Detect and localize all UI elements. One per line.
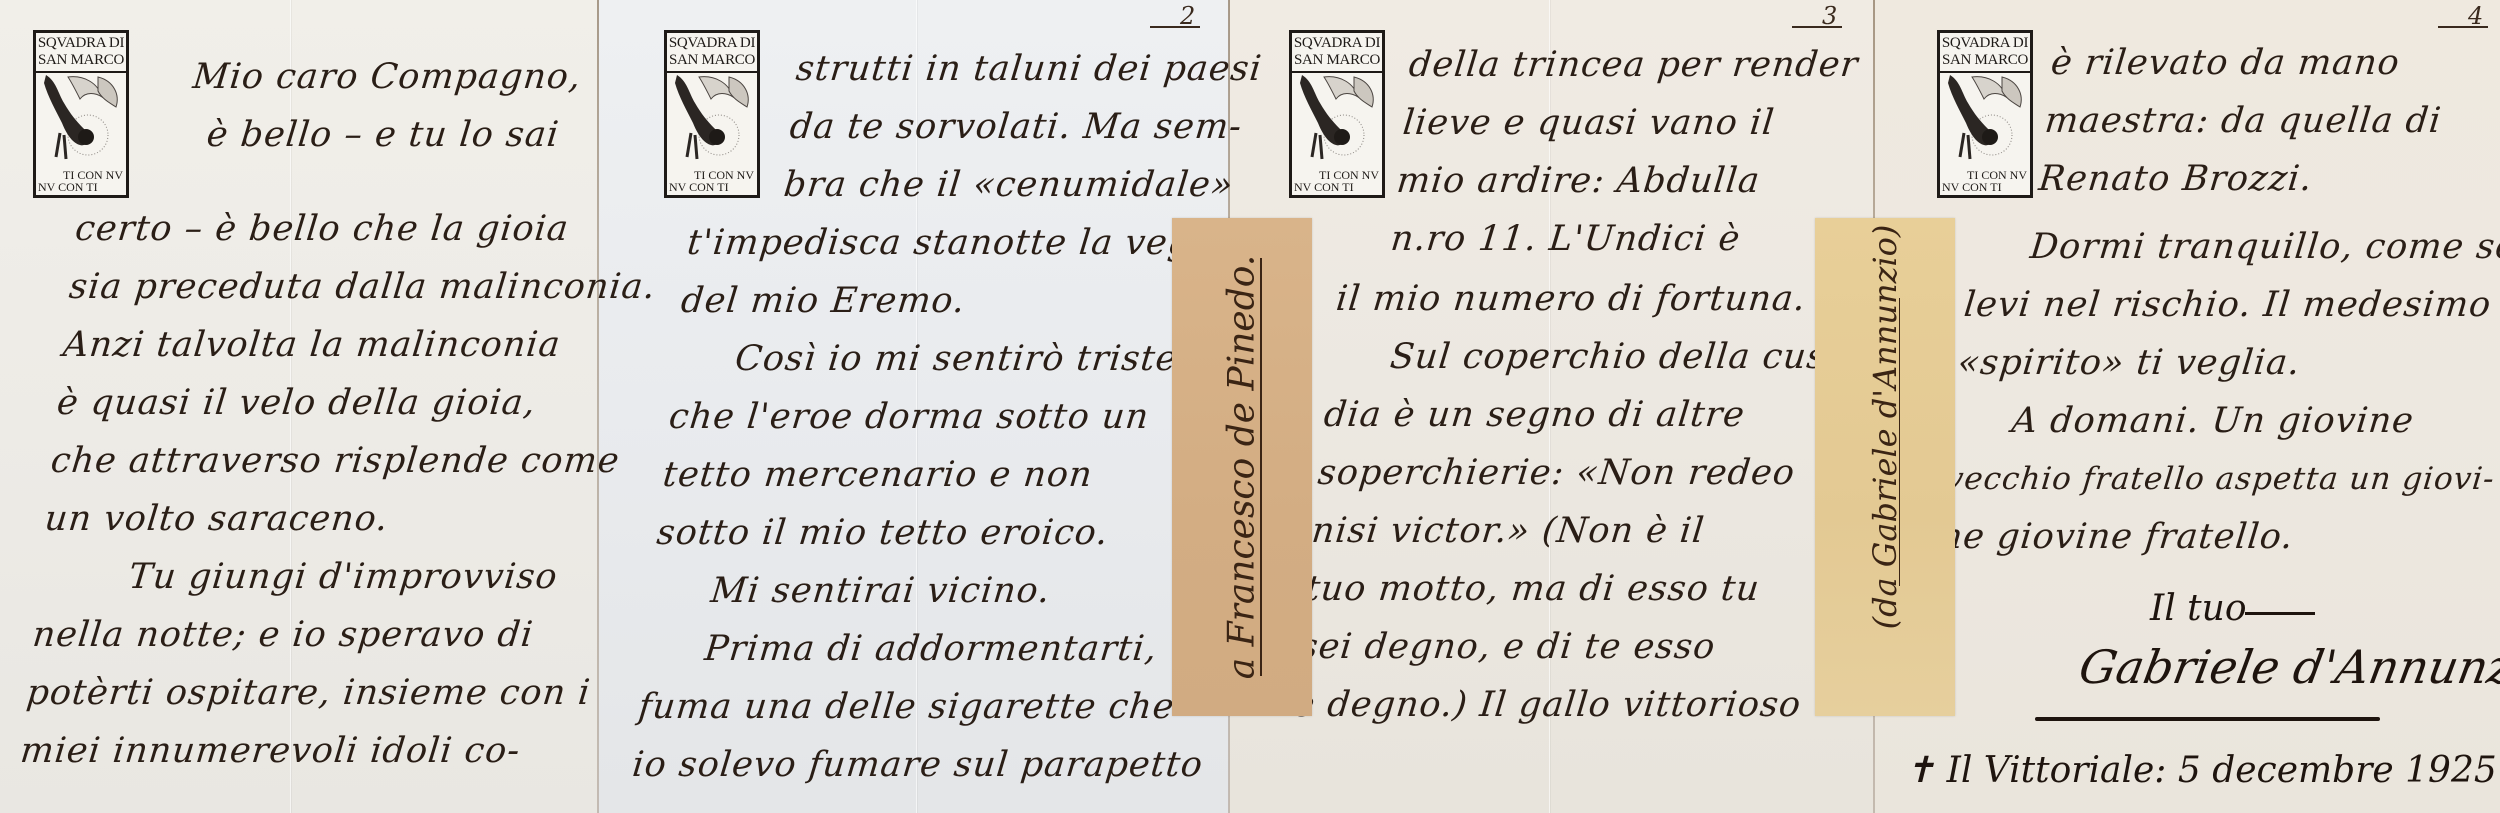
text-line: levi nel rischio. Il medesimo — [1961, 276, 2500, 334]
text-line: che l'eroe dorma sotto un — [666, 388, 1243, 446]
text-line: è degno.) Il gallo vittorioso — [1291, 676, 1843, 734]
text-line: sei degno, e di te esso — [1297, 618, 1849, 676]
text-line: potèrti ospitare, insieme con i — [24, 664, 616, 722]
text-line: è quasi il velo della gioia, — [54, 374, 646, 432]
text-line: dia è un segno di altre — [1321, 386, 1873, 444]
letterhead-motto: TI CON NV NV CON TI — [667, 169, 757, 193]
text-line: sia preceduta dalla malinconia. — [66, 258, 658, 316]
text-line: del mio Eremo. — [678, 272, 1255, 330]
dedication-slip-sender: (da Gabriele d'Annunzio) — [1815, 218, 1955, 716]
letterhead-title-line: SQVADRA DI — [1292, 35, 1382, 52]
text-line: maestra: da quella di — [2042, 92, 2444, 150]
text-line: Dormi tranquillo, come so- — [1967, 218, 2500, 276]
letterhead-motto: TI CON NV NV CON TI — [1292, 169, 1382, 193]
motto-line: NV CON TI — [1292, 181, 1379, 193]
woodcut-figure-icon — [36, 73, 126, 161]
text-line: tuo motto, ma di esso tu — [1303, 560, 1855, 618]
text-line: Prima di addormentarti, — [642, 620, 1219, 678]
text-line: Così io mi sentirò triste — [672, 330, 1249, 388]
letterhead-motto: TI CON NV NV CON TI — [36, 169, 126, 193]
text-line: tetto mercenario e non — [660, 446, 1237, 504]
handwritten-text-sheet-4: è rilevato da mano maestra: da quella di… — [2036, 34, 2451, 208]
text-line: mio ardire: Abdulla — [1394, 152, 1849, 210]
handwritten-text-sheet-1-body: certo – è bello che la gioia sia precedu… — [18, 200, 665, 780]
signature: Gabriele d'Annunzio — [2075, 640, 2500, 694]
letterhead-title-line: SAN MARCO — [36, 52, 126, 69]
letterhead-motto: TI CON NV NV CON TI — [1940, 169, 2030, 193]
text-line: nella notte; e io speravo di — [30, 606, 622, 664]
letterhead-title: SQVADRA DI SAN MARCO — [1940, 33, 2030, 73]
closing-flourish — [2245, 612, 2315, 615]
text-line: sotto il mio tetto eroico. — [654, 504, 1231, 562]
text-line: miei innumerevoli idoli co- — [18, 722, 610, 780]
motto-line: NV CON TI — [1940, 181, 2027, 193]
text-line: certo – è bello che la gioia — [72, 200, 664, 258]
letterhead-title-line: SQVADRA DI — [36, 35, 126, 52]
text-line: ne giovine fratello. — [1937, 508, 2500, 566]
text-line: Renato Brozzi. — [2036, 150, 2438, 208]
text-line: Mio caro Compagno, — [190, 48, 584, 106]
page-number: 4 — [2468, 2, 2483, 30]
letterhead-title-line: SAN MARCO — [1292, 52, 1382, 69]
text-line: soperchierie: «Non redeo — [1315, 444, 1867, 502]
letterhead-sheet-4: SQVADRA DI SAN MARCO TI CON NV NV CON TI — [1937, 30, 2033, 198]
letterhead-title-line: SQVADRA DI — [667, 35, 757, 52]
slip-text: (da Gabriele d'Annunzio) — [1866, 225, 1904, 630]
woodcut-figure-icon — [667, 73, 757, 161]
text-line: è bello – e tu lo sai — [184, 106, 578, 164]
text-line: vecchio fratello aspetta un giovi- — [1943, 450, 2500, 508]
text-line: io solevo fumare sul parapetto — [630, 736, 1207, 794]
text-line: A domani. Un giovine — [1949, 392, 2500, 450]
text-line: il mio numero di fortuna. — [1333, 270, 1885, 328]
text-line: lieve e quasi vano il — [1400, 94, 1855, 152]
handwritten-text-sheet-4-body: Dormi tranquillo, come so- levi nel risc… — [1937, 218, 2500, 566]
letterhead-sheet-1: SQVADRA DI SAN MARCO TI CON NV NV CON TI — [33, 30, 129, 198]
letterhead-title: SQVADRA DI SAN MARCO — [667, 33, 757, 73]
text-line: da te sorvolati. Ma sem- — [787, 98, 1259, 156]
text-line: della trincea per render — [1406, 36, 1861, 94]
dedication-slip-recipient: a Francesco de Pinedo. — [1172, 218, 1312, 716]
text-line: Mi sentirai vicino. — [648, 562, 1225, 620]
handwritten-text-sheet-3-body: il mio numero di fortuna. Sul coperchio … — [1291, 270, 1885, 734]
text-line: fuma una delle sigarette che — [636, 678, 1213, 736]
letterhead-sheet-2: SQVADRA DI SAN MARCO TI CON NV NV CON TI — [664, 30, 760, 198]
woodcut-figure-icon — [1940, 73, 2030, 161]
text-line: Sul coperchio della custo- — [1327, 328, 1879, 386]
motto-line: NV CON TI — [36, 181, 123, 193]
text-line: un volto saraceno. — [42, 490, 634, 548]
handwritten-text-sheet-2-body: t'impedisca stanotte la veglia del mio E… — [630, 214, 1261, 794]
letterhead-title: SQVADRA DI SAN MARCO — [36, 33, 126, 73]
signature-underline — [2035, 717, 2380, 721]
text-line: nisi victor.» (Non è il — [1309, 502, 1861, 560]
text-line: Anzi talvolta la malinconia — [60, 316, 652, 374]
text-line: n.ro 11. L'Undici è — [1388, 210, 1843, 268]
text-line: che attraverso risplende come — [48, 432, 640, 490]
page-number: 3 — [1822, 2, 1837, 30]
closing: Il tuo — [2150, 588, 2247, 629]
letterhead-title: SQVADRA DI SAN MARCO — [1292, 33, 1382, 73]
text-line: «spirito» ti veglia. — [1955, 334, 2500, 392]
handwritten-text-sheet-3: della trincea per render lieve e quasi v… — [1388, 36, 1862, 268]
handwritten-text-sheet-1: Mio caro Compagno, è bello – e tu lo sai — [184, 48, 584, 164]
letterhead-title-line: SQVADRA DI — [1940, 35, 2030, 52]
text-line: Tu giungi d'improvviso — [36, 548, 628, 606]
text-line: bra che il «cenumidale» — [781, 156, 1253, 214]
letterhead-title-line: SAN MARCO — [667, 52, 757, 69]
handwritten-text-sheet-2: strutti in taluni dei paesi da te sorvol… — [781, 40, 1265, 214]
text-line: strutti in taluni dei paesi — [793, 40, 1265, 98]
dateline: ✝ Il Vittoriale: 5 decembre 1925. — [1905, 750, 2500, 791]
motto-line: NV CON TI — [667, 181, 754, 193]
page-number: 2 — [1180, 2, 1195, 30]
letterhead-sheet-3: SQVADRA DI SAN MARCO TI CON NV NV CON TI — [1289, 30, 1385, 198]
text-line: è rilevato da mano — [2048, 34, 2450, 92]
slip-text: a Francesco de Pinedo. — [1222, 255, 1263, 680]
woodcut-figure-icon — [1292, 73, 1382, 161]
letterhead-title-line: SAN MARCO — [1940, 52, 2030, 69]
